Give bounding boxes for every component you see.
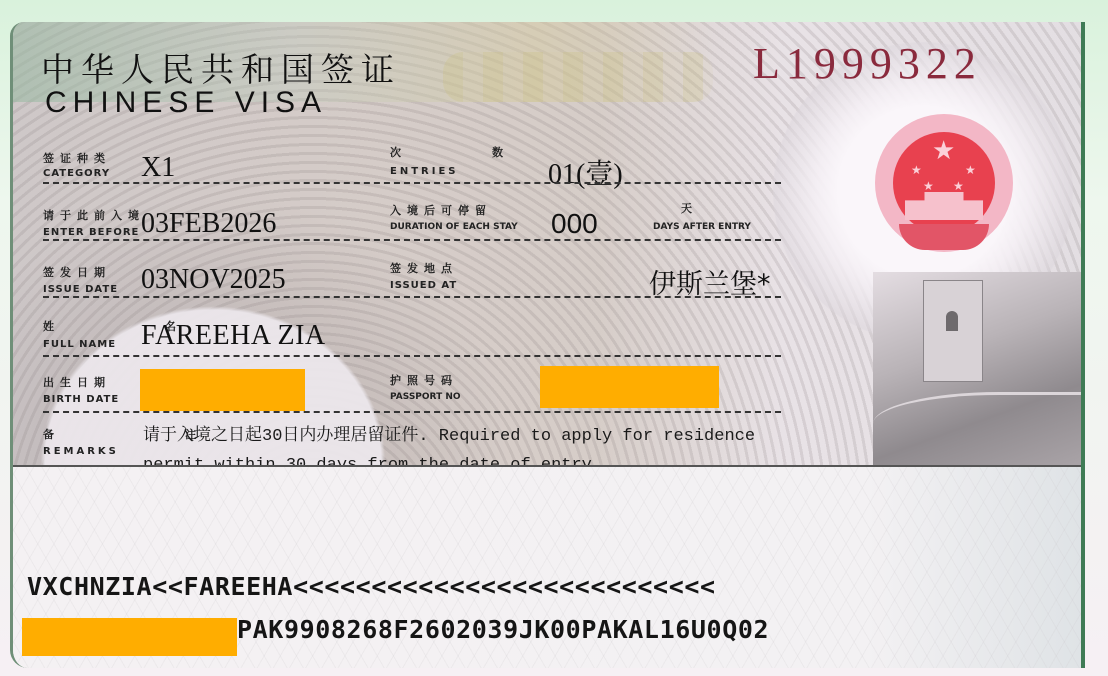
- duration-unit: DAYS AFTER ENTRY: [653, 222, 751, 232]
- divider: [43, 239, 781, 241]
- issued-at-label: ISSUED AT: [390, 280, 457, 291]
- visa-upper-section: 中华人民共和国签证 CHINESE VISA L1999322 ★ ★ ★ ★ …: [13, 22, 1081, 465]
- visa-sticker: 中华人民共和国签证 CHINESE VISA L1999322 ★ ★ ★ ★ …: [10, 22, 1085, 668]
- great-wall-illustration: [873, 272, 1081, 465]
- duration-label: DURATION OF EACH STAY: [390, 222, 518, 232]
- guilloche-band: [443, 52, 713, 102]
- duration-value: 000: [551, 208, 598, 240]
- issue-date-label-cn: 签发日期: [43, 264, 111, 280]
- visa-title-chinese: 中华人民共和国签证: [41, 44, 401, 91]
- category-value: X1: [141, 152, 175, 184]
- issue-date-value: 03NOV2025: [141, 264, 286, 296]
- remarks-label: REMARKS: [43, 446, 119, 457]
- visa-title-english: CHINESE VISA: [45, 86, 327, 120]
- divider: [43, 182, 781, 184]
- birth-date-label-cn: 出生日期: [43, 374, 111, 390]
- birth-date-label: BIRTH DATE: [43, 394, 119, 405]
- entries-label: ENTRIES: [390, 166, 458, 177]
- category-label: CATEGORY: [43, 168, 110, 179]
- enter-before-value: 03FEB2026: [141, 208, 276, 240]
- enter-before-label: ENTER BEFORE: [43, 227, 139, 238]
- category-label-cn: 签证种类: [43, 150, 111, 166]
- divider: [43, 296, 781, 298]
- duration-unit-cn: 天: [681, 200, 698, 216]
- entries-label-cn: 次 数: [390, 144, 543, 160]
- passport-no-label-cn: 护照号码: [390, 372, 458, 388]
- visa-number: L1999322: [753, 38, 982, 89]
- mrz-line-1: VXCHNZIA<<FAREEHA<<<<<<<<<<<<<<<<<<<<<<<…: [27, 572, 716, 601]
- birth-date-redaction: [140, 369, 305, 411]
- enter-before-label-cn: 请于此前入境: [43, 207, 145, 223]
- machine-readable-zone: VXCHNZIA<<FAREEHA<<<<<<<<<<<<<<<<<<<<<<<…: [13, 465, 1081, 668]
- passport-no-redaction: [540, 366, 719, 408]
- divider: [43, 355, 781, 357]
- divider: [43, 411, 781, 413]
- mrz-redaction: [22, 618, 237, 656]
- duration-label-cn: 入境后可停留: [390, 202, 492, 218]
- passport-no-label: PASSPORT NO: [390, 392, 461, 402]
- issued-at-label-cn: 签发地点: [390, 260, 458, 276]
- mrz-line-2: PAK9908268F2602039JK00PAKAL16U0Q02: [237, 615, 769, 644]
- full-name-label: FULL NAME: [43, 339, 116, 350]
- entries-value: 01(壹): [548, 152, 623, 192]
- full-name-value: FAREEHA ZIA: [141, 320, 326, 352]
- national-emblem-icon: ★ ★ ★ ★ ★: [875, 104, 1025, 264]
- remarks-line-1: 请于入境之日起30日内办理居留证件. Required to apply for…: [143, 427, 755, 446]
- issue-date-label: ISSUE DATE: [43, 284, 118, 295]
